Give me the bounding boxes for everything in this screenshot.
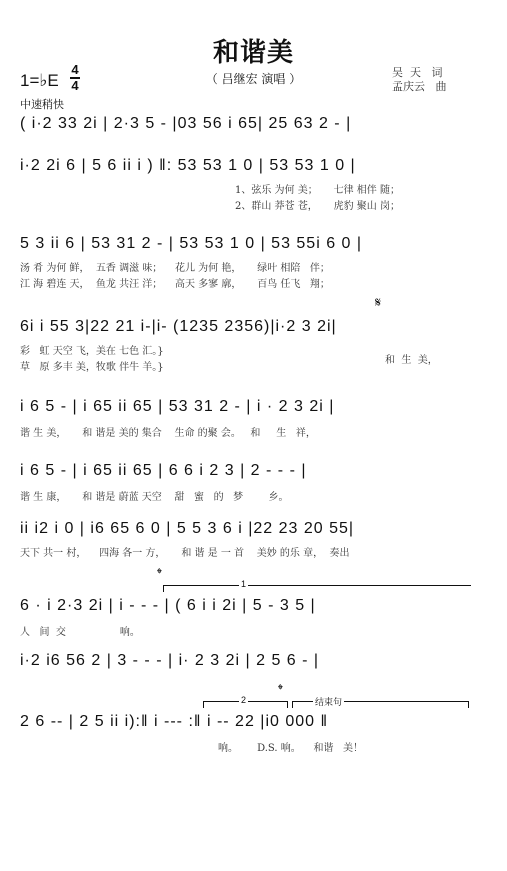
time-signature: 44 bbox=[70, 64, 80, 92]
lyric-verse-1: 汤 肴 为何 鲜， 五香 调滋 味； 花儿 为何 艳， 绿叶 相陪 伴； bbox=[20, 259, 330, 274]
notes: i·2 i6 56 2 | 3 - - - | i· 2 3 2i | 2 5 … bbox=[20, 652, 319, 670]
key-signature: 1=♭E bbox=[20, 71, 59, 91]
notes: 6i i 55 3|22 21 i-|i- (1235 2356)|i·2 3 … bbox=[20, 318, 337, 336]
lyric: 响。 D.S. 响。 和谐 美！ bbox=[218, 739, 363, 754]
notes: 6 · i 2·3 2i | i - - - | ( 6 i i 2i | 5 … bbox=[20, 597, 316, 615]
coda-icon: 𝄌 bbox=[278, 681, 283, 698]
notes: i·2 2i 6 | 5 6 ii i ) ‖: 53 53 1 0 | 53 … bbox=[20, 157, 356, 175]
notes: i 6 5 - | i 65 ii 65 | 53 31 2 - | i · 2… bbox=[20, 398, 334, 416]
coda-icon: 𝄌 bbox=[157, 565, 162, 582]
notes: ( i·2 33 2i | 2·3 5 - |03 56 i 65| 25 63… bbox=[20, 115, 351, 133]
composer: 孟庆云 曲 bbox=[392, 80, 447, 93]
lyric-verse-2: 2、群山 莽苍 苍， 虎豹 聚山 岗； bbox=[235, 197, 400, 212]
lyric-verse-1: 1、弦乐 为何 美； 七律 相伴 随； bbox=[235, 181, 400, 196]
segno-icon: 𝄋 bbox=[375, 294, 381, 311]
notes: 2 6 -- | 2 5 ii i):‖ i --- :‖ i -- 22 |i… bbox=[20, 713, 328, 731]
volta-bracket-2: 2 bbox=[203, 701, 288, 708]
lyricist: 吴 天 词 bbox=[392, 66, 442, 79]
notes: ii i2 i 0 | i6 65 6 0 | 5 5 3 6 i |22 23… bbox=[20, 520, 354, 538]
notes: i 6 5 - | i 65 ii 65 | 6 6 i 2 3 | 2 - -… bbox=[20, 462, 307, 480]
volta-bracket-1: 1 bbox=[163, 585, 471, 592]
lyric: 谐 生 康， 和 谐是 蔚蓝 天空 甜 蜜 的 梦 乡。 bbox=[20, 488, 289, 503]
lyric-verse-1: 彩 虹 天空 飞，美在 七色 汇。} bbox=[20, 342, 164, 357]
lyric: 谐 生 美， 和 谐是 美的 集合 生命 的聚 会。 和 生 祥， bbox=[20, 424, 316, 439]
notes: 5 3 ii 6 | 53 31 2 - | 53 53 1 0 | 53 55… bbox=[20, 235, 362, 253]
lyric-verse-2: 江 海 碧连 天， 鱼龙 共汪 洋； 高天 多寥 廓， 百鸟 任飞 翔； bbox=[20, 275, 330, 290]
lyric-refrain: 和 生 美， bbox=[385, 351, 438, 366]
lyric: 天下 共一 村， 四海 各一 方， 和 谐 是 一 首 美妙 的乐 章， 奏出 bbox=[20, 544, 349, 559]
ending-bracket: 结束句 bbox=[292, 701, 469, 708]
lyric-verse-2: 草 原 多丰 美，牧歌 伴牛 羊。} bbox=[20, 358, 164, 373]
lyric: 人 间 交 响。 bbox=[20, 623, 140, 638]
tempo-marking: 中速稍快 bbox=[20, 96, 64, 112]
credits: 吴 天 词 孟庆云 曲 bbox=[392, 66, 447, 94]
